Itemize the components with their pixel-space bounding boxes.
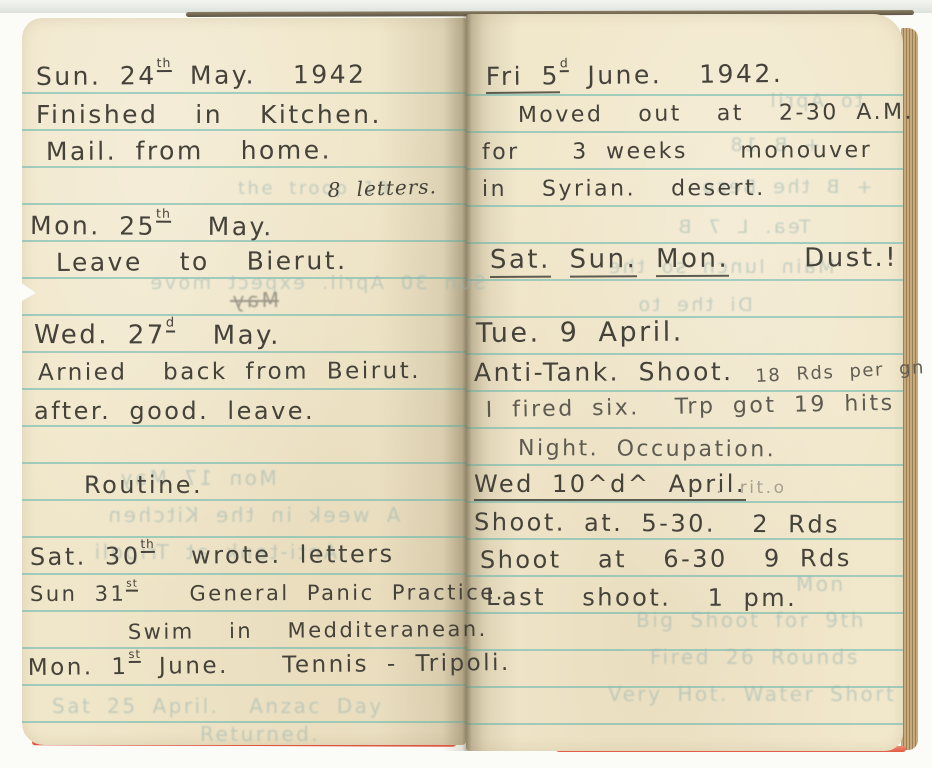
ruled-line <box>22 684 466 686</box>
handwriting-line: Sun. 24th May. 1942 <box>36 60 367 91</box>
bleedthrough-line: Sat 25 April. Anzac Day <box>52 694 384 718</box>
ruled-line <box>466 353 903 355</box>
handwriting-line: Night. Occupation. <box>518 436 776 462</box>
ruled-line <box>22 610 466 612</box>
bleedthrough-line: Di the to <box>636 294 753 316</box>
bleedthrough-line: Fired 26 Rounds <box>650 645 860 669</box>
ruled-line <box>466 168 903 170</box>
handwriting-line: in Syrian. desert. <box>482 176 766 202</box>
bleedthrough-line: Very Hot. Water Short <box>608 682 896 706</box>
bleedthrough-line: A week in the Kitchen <box>106 503 400 527</box>
handwriting-line: Tue. 9 April. <box>476 317 684 349</box>
ruled-line <box>22 92 466 94</box>
ruled-line <box>22 573 466 575</box>
handwriting-line: Moved out at 2-30 A.M. <box>518 100 914 128</box>
bleedthrough-line: May <box>230 288 279 312</box>
handwriting-line: Sat. Sun. Mon. Dust.! <box>490 243 898 275</box>
bleedthrough-line: Mon <box>796 572 846 596</box>
page-edge-stack <box>901 28 918 750</box>
ruled-line <box>466 131 903 133</box>
handwriting-line: Sun 31st General Panic Practice. <box>30 580 505 606</box>
handwriting-line: for 3 weeks monouver <box>482 138 872 165</box>
handwriting-line: 8 letters. <box>327 174 437 202</box>
handwriting-line: Finished in Kitchen. <box>36 100 382 129</box>
ruled-line <box>466 723 903 725</box>
handwriting-line: Sat. 30th wrote. letters <box>30 540 395 571</box>
handwriting-line: Wed. 27d May. <box>34 320 281 351</box>
bleedthrough-line: Returned. <box>200 722 320 746</box>
notebook-scan: the troop 19Sun 30 April. expect moveMay… <box>0 0 932 768</box>
ruled-line <box>22 462 466 464</box>
ruled-line <box>466 279 903 281</box>
ruled-line <box>22 647 466 649</box>
ruled-line <box>22 351 466 353</box>
handwriting-line: Fri 5d June. 1942. <box>486 59 784 91</box>
handwriting-line: Anti-Tank. Shoot. <box>474 357 734 387</box>
ruled-line <box>22 203 466 205</box>
ruled-line <box>466 427 903 429</box>
bleedthrough-line: Tea. L 7 B <box>676 216 811 238</box>
handwriting-line: Wed 10^d^ April. <box>474 470 746 498</box>
ruled-line <box>466 501 903 503</box>
handwriting-line: Shoot at 6-30 9 Rds <box>480 544 852 574</box>
ruled-line <box>22 536 466 538</box>
ruled-line <box>22 425 466 427</box>
ruled-line <box>22 129 466 131</box>
handwriting-line: Mon. 25th May. <box>30 211 274 241</box>
ruled-line <box>22 499 466 501</box>
ruled-line <box>22 166 466 168</box>
handwriting-line: Shoot. at. 5-30. 2 Rds <box>474 508 840 539</box>
ruled-line <box>22 314 466 316</box>
handwriting-line: Mon. 1st June. Tennis - Tripoli. <box>28 650 511 681</box>
handwriting-line: after. good. leave. <box>34 397 315 425</box>
handwriting-line: Swim in Medditeranean. <box>128 617 488 644</box>
handwriting-line: Leave to Bierut. <box>56 246 348 277</box>
handwriting-line: Mail. from home. <box>46 136 332 166</box>
handwriting-line: Routine. <box>84 471 203 499</box>
handwriting-line: Arnied back from Beirut. <box>38 358 421 386</box>
ruled-line <box>466 205 903 207</box>
ruled-line <box>22 388 466 390</box>
handwriting-line: . rit.o <box>716 478 787 498</box>
ruled-line <box>466 464 903 466</box>
handwriting-line: Last shoot. 1 pm. <box>486 583 797 612</box>
